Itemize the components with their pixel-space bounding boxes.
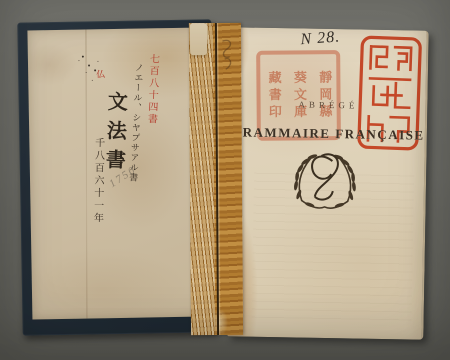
language-mark-annotation: 仏: [96, 67, 105, 80]
right-title-page: N 28. 靜岡縣 葵文庫 藏書印 ABRÉGÉ GRAMMAIRE FRANÇ…: [227, 27, 428, 339]
left-cover-board: 七百八十四書 仏 ノエール、シヤプサアル書 文法書 千八百六十一年 1750: [17, 19, 216, 335]
year-annotation: 千八百六十一年: [91, 137, 103, 225]
seal-column-right: 靜岡縣: [317, 70, 330, 121]
title-annotation: 文法書: [104, 91, 127, 179]
torn-paper-patch: [190, 23, 207, 55]
spine-residue-texture: [189, 23, 215, 335]
seal-column-left: 藏書印: [266, 70, 279, 121]
class-mark-annotation: 七百八十四書: [145, 53, 158, 125]
left-pastedown-page: 七百八十四書 仏 ノエール、シヤプサアル書 文法書 千八百六十一年 1750: [27, 27, 208, 319]
half-title-main: GRAMMAIRE FRANÇAISE: [231, 124, 425, 143]
spine-gutter: [189, 23, 243, 335]
ink-specks: [82, 56, 84, 58]
wreath-ornament: laurel wreath with engraved publisher mo…: [285, 144, 364, 219]
seal-column-middle: 葵文庫: [292, 70, 305, 121]
ink-flourish: [217, 37, 237, 71]
page-crease: [85, 30, 87, 319]
accession-number: N 28.: [300, 28, 341, 49]
